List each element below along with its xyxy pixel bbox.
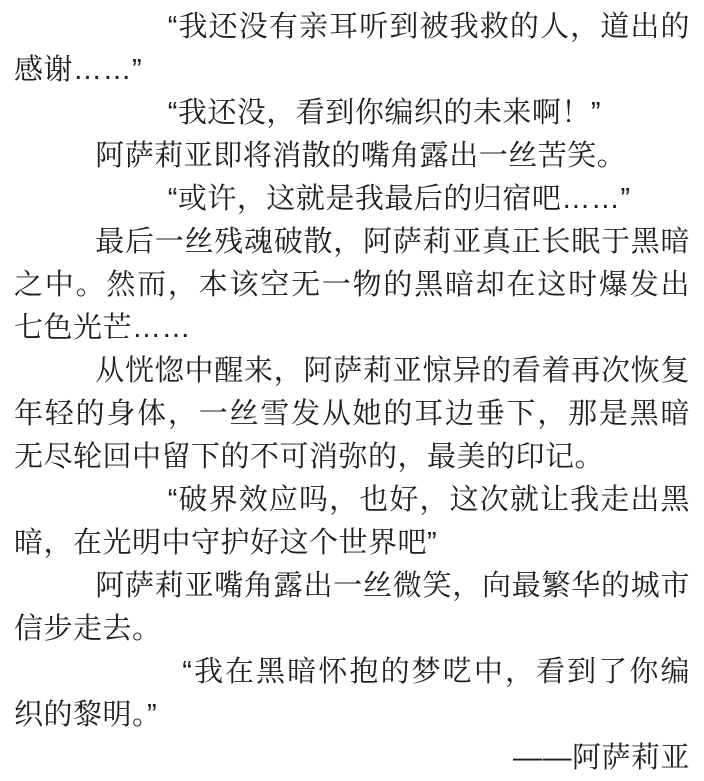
paragraph-narration-walk-to-city: 阿萨莉亚嘴角露出一丝微笑，向最繁华的城市信步走去。 — [14, 565, 690, 651]
attribution-line: ——阿萨莉亚 — [14, 737, 690, 780]
paragraph-dialogue-woven-future: “我还没，看到你编织的未来啊！” — [14, 92, 690, 135]
paragraph-dialogue-unheard-thanks: “我还没有亲耳听到被我救的人，道出的感谢……” — [14, 6, 690, 92]
paragraph-dialogue-woven-dawn: “我在黑暗怀抱的梦呓中，看到了你编织的黎明。” — [14, 651, 690, 737]
paragraph-dialogue-boundary-effect: “破界效应吗，也好，这次就让我走出黑暗，在光明中守护好这个世界吧” — [14, 479, 690, 565]
paragraph-dialogue-final-rest: “或许，这就是我最后的归宿吧……” — [14, 178, 690, 221]
paragraph-narration-awakening: 从恍惚中醒来，阿萨莉亚惊异的看着再次恢复年轻的身体，一丝雪发从她的耳边垂下，那是… — [14, 350, 690, 479]
paragraph-narration-bitter-smile: 阿萨莉亚即将消散的嘴角露出一丝苦笑。 — [14, 135, 690, 178]
paragraph-narration-soul-shatter: 最后一丝残魂破散，阿萨莉亚真正长眠于黑暗之中。然而，本该空无一物的黑暗却在这时爆… — [14, 221, 690, 350]
reader-page: “我还没有亲耳听到被我救的人，道出的感谢……” “我还没，看到你编织的未来啊！”… — [0, 0, 704, 781]
